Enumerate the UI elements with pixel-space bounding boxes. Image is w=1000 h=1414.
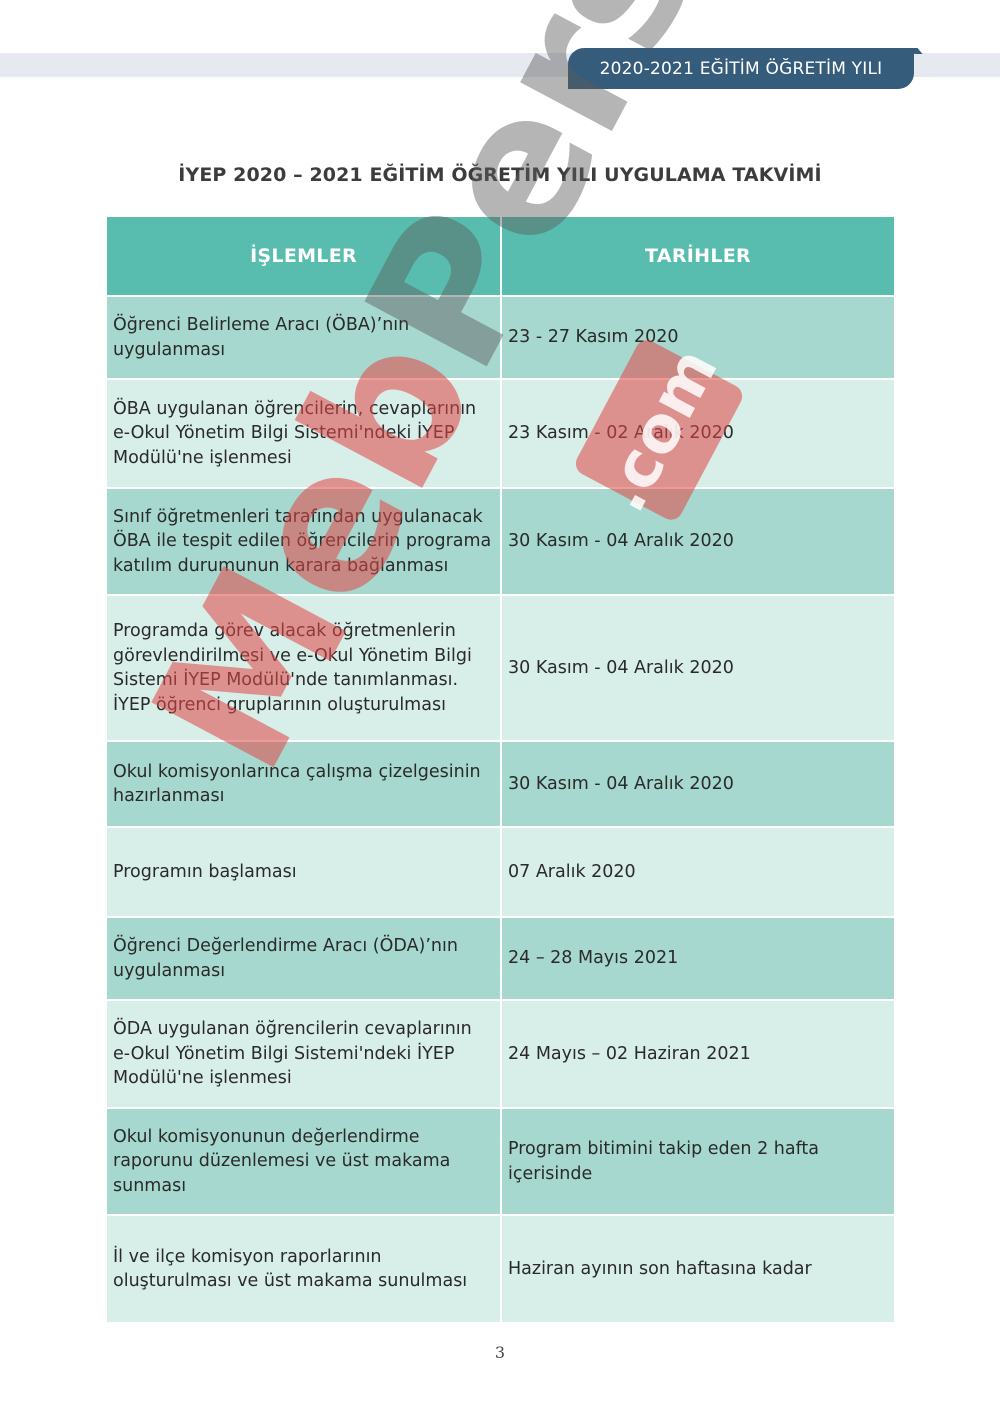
- page-number: 3: [0, 1343, 1000, 1362]
- task-cell: Okul komisyonlarınca çalışma çizelgesini…: [106, 741, 501, 827]
- table-row: Okul komisyonlarınca çalışma çizelgesini…: [106, 741, 895, 827]
- date-cell: 07 Aralık 2020: [501, 827, 895, 917]
- date-cell: 24 – 28 Mayıs 2021: [501, 917, 895, 1000]
- academic-year-label: 2020-2021 EĞİTİM ÖĞRETİM YILI: [600, 59, 883, 79]
- date-cell: 23 Kasım - 02 Aralık 2020: [501, 379, 895, 488]
- table-row: ÖBA uygulanan öğrencilerin, cevaplarının…: [106, 379, 895, 488]
- date-cell: 30 Kasım - 04 Aralık 2020: [501, 595, 895, 741]
- document-title: İYEP 2020 – 2021 EĞİTİM ÖĞRETİM YILI UYG…: [0, 164, 1000, 186]
- schedule-table: İŞLEMLER TARİHLER Öğrenci Belirleme Arac…: [105, 215, 896, 1324]
- table-row: Öğrenci Değerlendirme Aracı (ÖDA)’nın uy…: [106, 917, 895, 1000]
- date-cell: Program bitimini takip eden 2 hafta içer…: [501, 1108, 895, 1215]
- table-row: Sınıf öğretmenleri tarafından uygulanaca…: [106, 488, 895, 595]
- task-cell: Programın başlaması: [106, 827, 501, 917]
- task-cell: Sınıf öğretmenleri tarafından uygulanaca…: [106, 488, 501, 595]
- column-header-tasks: İŞLEMLER: [106, 216, 501, 296]
- table-row: Öğrenci Belirleme Aracı (ÖBA)’nın uygula…: [106, 296, 895, 379]
- task-cell: İl ve ilçe komisyon raporlarının oluştur…: [106, 1215, 501, 1323]
- table-row: İl ve ilçe komisyon raporlarının oluştur…: [106, 1215, 895, 1323]
- column-header-dates: TARİHLER: [501, 216, 895, 296]
- table-row: Okul komisyonunun değerlendirme raporunu…: [106, 1108, 895, 1215]
- table-row: ÖDA uygulanan öğrencilerin cevaplarının …: [106, 1000, 895, 1108]
- task-cell: Programda görev alacak öğretmenlerin gör…: [106, 595, 501, 741]
- table-header-row: İŞLEMLER TARİHLER: [106, 216, 895, 296]
- task-cell: Öğrenci Belirleme Aracı (ÖBA)’nın uygula…: [106, 296, 501, 379]
- date-cell: 24 Mayıs – 02 Haziran 2021: [501, 1000, 895, 1108]
- table-row: Programda görev alacak öğretmenlerin gör…: [106, 595, 895, 741]
- academic-year-tab: 2020-2021 EĞİTİM ÖĞRETİM YILI: [568, 48, 914, 89]
- table-row: Programın başlaması 07 Aralık 2020: [106, 827, 895, 917]
- task-cell: ÖBA uygulanan öğrencilerin, cevaplarının…: [106, 379, 501, 488]
- date-cell: Haziran ayının son haftasına kadar: [501, 1215, 895, 1323]
- task-cell: Öğrenci Değerlendirme Aracı (ÖDA)’nın uy…: [106, 917, 501, 1000]
- date-cell: 30 Kasım - 04 Aralık 2020: [501, 741, 895, 827]
- date-cell: 23 - 27 Kasım 2020: [501, 296, 895, 379]
- task-cell: ÖDA uygulanan öğrencilerin cevaplarının …: [106, 1000, 501, 1108]
- task-cell: Okul komisyonunun değerlendirme raporunu…: [106, 1108, 501, 1215]
- date-cell: 30 Kasım - 04 Aralık 2020: [501, 488, 895, 595]
